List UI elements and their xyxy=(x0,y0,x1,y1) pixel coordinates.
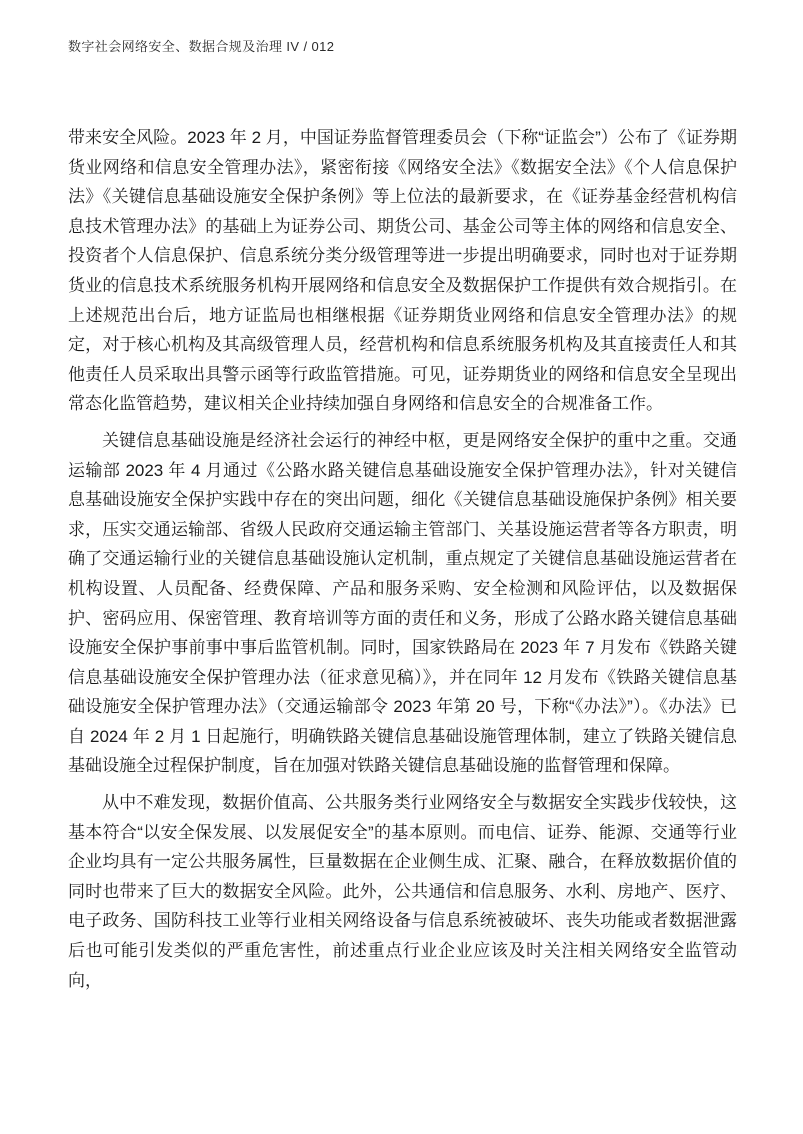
document-page: 数字社会网络安全、数据合规及治理 IV / 012 带来安全风险。2023 年 … xyxy=(0,0,803,1134)
page-header: 数字社会网络安全、数据合规及治理 IV / 012 xyxy=(68,36,334,55)
paragraph-conclusion: 从中不难发现，数据价值高、公共服务类行业网络安全与数据安全实践步伐较快，这基本符… xyxy=(68,788,737,995)
paragraph-continued: 带来安全风险。2023 年 2 月，中国证券监督管理委员会（下称“证监会”）公布… xyxy=(68,123,737,419)
document-body: 带来安全风险。2023 年 2 月，中国证券监督管理委员会（下称“证监会”）公布… xyxy=(68,123,737,995)
paragraph-critical-infrastructure: 关键信息基础设施是经济社会运行的神经中枢，更是网络安全保护的重中之重。交通运输部… xyxy=(68,426,737,781)
running-title: 数字社会网络安全、数据合规及治理 IV / 012 xyxy=(68,39,334,54)
